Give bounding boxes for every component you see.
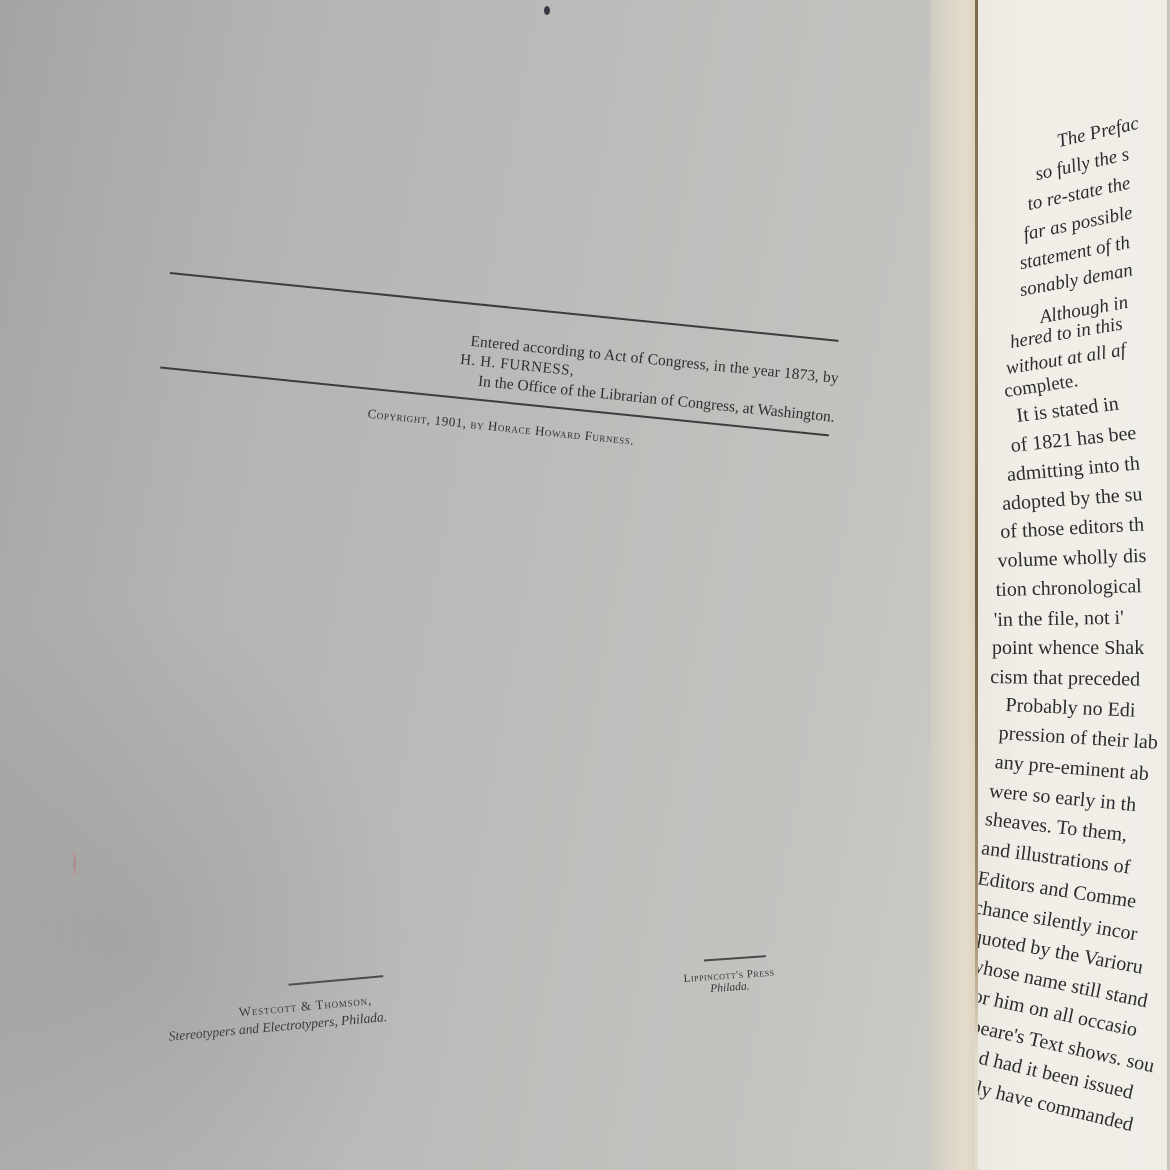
preface-line: any pre-eminent ab bbox=[994, 751, 1150, 786]
copyright-block: Entered according to Act of Congress, in… bbox=[157, 272, 847, 469]
printer-rule-divider bbox=[288, 975, 383, 986]
preface-line: of those editors th bbox=[1000, 514, 1145, 544]
right-page-preface: The Prefacso fully the sto re-state thef… bbox=[978, 0, 1170, 1170]
top-rule-divider bbox=[170, 272, 839, 342]
preface-line: The Prefac bbox=[1055, 113, 1141, 153]
preface-line: 'in the file, not i' bbox=[994, 607, 1124, 632]
book-gutter bbox=[930, 0, 980, 1170]
preface-line: volume wholly dis bbox=[997, 545, 1147, 573]
preface-line: cism that preceded bbox=[990, 666, 1140, 692]
preface-line: pression of their lab bbox=[998, 722, 1159, 755]
printer-description: Stereotypers and Electrotypers, Philada. bbox=[168, 998, 508, 1045]
preface-line: of 1821 has bee bbox=[1010, 422, 1138, 458]
press-rule-divider bbox=[704, 955, 766, 961]
preface-line: Probably no Edi bbox=[1005, 694, 1136, 723]
open-book-photo: Entered according to Act of Congress, in… bbox=[0, 0, 1170, 1170]
press-imprint: Lippincott's Press Philada. bbox=[668, 954, 790, 998]
preface-line: tion chronological bbox=[995, 575, 1142, 602]
ink-mark bbox=[544, 6, 550, 15]
preface-line: adopted by the su bbox=[1001, 483, 1143, 516]
preface-line: point whence Shak bbox=[992, 637, 1144, 660]
printer-imprint: Westcott & Thomson, Stereotypers and Ele… bbox=[165, 964, 508, 1045]
red-speck-mark bbox=[73, 852, 76, 876]
left-page-copyright: Entered according to Act of Congress, in… bbox=[0, 0, 990, 1170]
preface-line: admitting into th bbox=[1006, 452, 1141, 487]
